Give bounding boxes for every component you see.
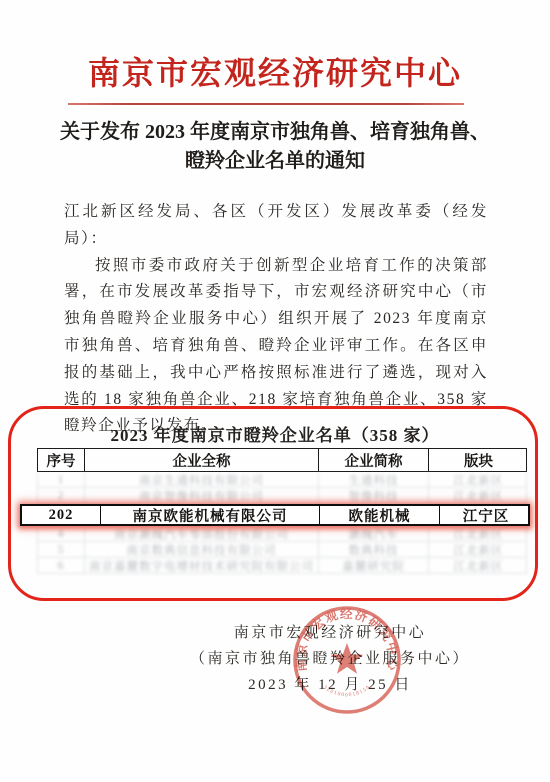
row-short-name: 智像科技 — [318, 488, 428, 503]
row-district: 江北新区 — [428, 542, 528, 557]
row-no: 4 — [38, 526, 84, 541]
notice-body: 江北新区经发局、各区（开发区）发展改革委（经发局）： 按照市委市政府关于创新型企… — [64, 199, 488, 440]
row-short-name: 数典科技 — [318, 542, 428, 557]
header-cell-district: 版块 — [428, 449, 528, 471]
row-no: 6 — [38, 558, 84, 573]
official-seal: 南京市宏观经济研究中心 3201000018159 — [290, 603, 404, 717]
row-full-name: 南京生通科技有限公司 — [84, 472, 318, 487]
row-short-name: 生通科技 — [318, 472, 428, 487]
row-no: 1 — [38, 472, 84, 487]
svg-text:3201000018159: 3201000018159 — [322, 684, 372, 698]
seal-serial: 3201000018159 — [322, 684, 372, 698]
row-district: 江北新区 — [428, 558, 528, 573]
row-district: 江北新区 — [428, 472, 528, 487]
table-row: 202南京欧能机械有限公司欧能机械江宁区 — [20, 504, 530, 526]
row-no: 5 — [38, 542, 84, 557]
table-row: 4南京灏魄汽车零部股份有限公司灏魄汽车江北新区 — [37, 526, 527, 542]
table-row: 2南京智像科技有限公司智像科技江北新区 — [37, 488, 527, 504]
row-full-name: 南京数典信息科技有限公司 — [84, 542, 318, 557]
seal-star-icon — [331, 643, 363, 674]
row-short-name: 灏魄汽车 — [318, 526, 428, 541]
notice-title-line1: 关于发布 2023 年度南京市独角兽、培育独角兽、 — [30, 118, 520, 147]
document-page: 南京市宏观经济研究中心 关于发布 2023 年度南京市独角兽、培育独角兽、 瞪羚… — [0, 0, 550, 782]
row-short-name: 嘉麓研究院 — [318, 558, 428, 573]
table-header-row: 序号 企业全称 企业简称 版块 — [37, 448, 527, 472]
body-paragraph: 按照市委市政府关于创新型企业培育工作的决策部署，在市发展改革委指导下，市宏观经济… — [64, 253, 488, 441]
row-district: 江北新区 — [428, 526, 528, 541]
row-full-name: 南京欧能机械有限公司 — [100, 506, 319, 524]
table-title: 2023 年度南京市瞪羚企业名单（358 家） — [0, 421, 550, 446]
letterhead-divider — [68, 103, 464, 105]
table-row: 1南京生通科技有限公司生通科技江北新区 — [37, 472, 527, 488]
header-cell-short-name: 企业简称 — [318, 449, 428, 471]
row-full-name: 南京灏魄汽车零部股份有限公司 — [84, 526, 318, 541]
table-row: 6南京嘉麓数字电增材技术研究院有限公司嘉麓研究院江北新区 — [37, 558, 527, 574]
salutation-line: 江北新区经发局、各区（开发区）发展改革委（经发局）： — [64, 199, 488, 253]
row-district: 江宁区 — [439, 506, 532, 524]
row-short-name: 欧能机械 — [319, 506, 439, 524]
row-full-name: 南京智像科技有限公司 — [84, 488, 318, 503]
table-body: 1南京生通科技有限公司生通科技江北新区2南京智像科技有限公司智像科技江北新区20… — [37, 472, 527, 574]
row-district: 江北新区 — [428, 488, 528, 503]
row-no: 2 — [38, 488, 84, 503]
notice-title: 关于发布 2023 年度南京市独角兽、培育独角兽、 瞪羚企业名单的通知 — [30, 118, 520, 176]
row-full-name: 南京嘉麓数字电增材技术研究院有限公司 — [84, 558, 318, 573]
header-cell-full-name: 企业全称 — [84, 449, 318, 471]
header-cell-no: 序号 — [38, 449, 84, 471]
table-row: 5南京数典信息科技有限公司数典科技江北新区 — [37, 542, 527, 558]
notice-title-line2: 瞪羚企业名单的通知 — [30, 147, 520, 176]
gazelle-table: 序号 企业全称 企业简称 版块 1南京生通科技有限公司生通科技江北新区2南京智像… — [37, 448, 527, 574]
letterhead-org-title: 南京市宏观经济研究中心 — [0, 48, 550, 94]
row-no: 202 — [22, 506, 100, 524]
